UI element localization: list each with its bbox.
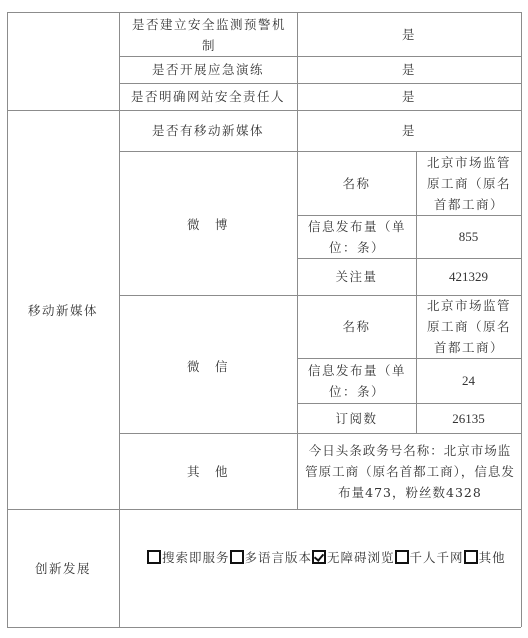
monitoring-warning-value: 是 bbox=[297, 13, 521, 56]
monitoring-warning-label: 是否建立安全监测预警机制 bbox=[128, 13, 290, 56]
option-label: 其他 bbox=[479, 548, 506, 566]
option-search-service[interactable]: 搜索即服务 bbox=[147, 548, 230, 566]
innovation-options: 搜索即服务 多语言版本 无障碍浏览 千人千网 其他 bbox=[147, 548, 506, 566]
other-media-value: 今日头条政务号名称：北京市场监管原工商（原名首都工商），信息发布量473，粉丝数… bbox=[304, 433, 516, 509]
weibo-followers-value: 421329 bbox=[416, 258, 521, 295]
checkbox-checked-icon[interactable] bbox=[312, 550, 326, 564]
wechat-subscribers-value: 26135 bbox=[416, 403, 521, 433]
weibo-followers-label: 关注量 bbox=[297, 258, 416, 295]
emergency-drill-value: 是 bbox=[297, 56, 521, 83]
weibo-label: 微 博 bbox=[119, 212, 297, 236]
security-officer-value: 是 bbox=[297, 83, 521, 110]
option-label: 搜索即服务 bbox=[162, 548, 230, 566]
security-officer-label: 是否明确网站安全责任人 bbox=[119, 83, 297, 110]
option-accessibility[interactable]: 无障碍浏览 bbox=[312, 548, 395, 566]
checkbox-unchecked-icon[interactable] bbox=[147, 550, 161, 564]
option-label: 多语言版本 bbox=[245, 548, 313, 566]
wechat-label: 微 信 bbox=[119, 354, 297, 378]
weibo-name-label: 名称 bbox=[297, 151, 416, 215]
weibo-posts-value: 855 bbox=[416, 215, 521, 258]
wechat-name-value: 北京市场监管原工商（原名首都工商） bbox=[422, 295, 516, 358]
wechat-name-label: 名称 bbox=[297, 295, 416, 358]
option-multilingual[interactable]: 多语言版本 bbox=[230, 548, 313, 566]
wechat-posts-label: 信息发布量（单位：条） bbox=[308, 358, 406, 403]
mobile-media-section-label: 移动新媒体 bbox=[7, 295, 119, 325]
has-mobile-media-value: 是 bbox=[297, 110, 521, 151]
weibo-posts-label: 信息发布量（单位：条） bbox=[308, 215, 406, 258]
innovation-label: 创新发展 bbox=[7, 509, 119, 627]
wechat-subscribers-label: 订阅数 bbox=[297, 403, 416, 433]
wechat-posts-value: 24 bbox=[416, 358, 521, 403]
option-other[interactable]: 其他 bbox=[464, 548, 506, 566]
weibo-name-value: 北京市场监管原工商（原名首都工商） bbox=[422, 151, 516, 215]
has-mobile-media-label: 是否有移动新媒体 bbox=[119, 110, 297, 151]
checkbox-unchecked-icon[interactable] bbox=[395, 550, 409, 564]
checkbox-unchecked-icon[interactable] bbox=[464, 550, 478, 564]
option-label: 无障碍浏览 bbox=[327, 548, 395, 566]
emergency-drill-label: 是否开展应急演练 bbox=[119, 56, 297, 83]
other-media-label: 其 他 bbox=[119, 433, 297, 509]
checkbox-unchecked-icon[interactable] bbox=[230, 550, 244, 564]
border-bottom bbox=[7, 627, 521, 628]
option-personalized[interactable]: 千人千网 bbox=[395, 548, 464, 566]
option-label: 千人千网 bbox=[410, 548, 464, 566]
border-right bbox=[521, 12, 522, 627]
